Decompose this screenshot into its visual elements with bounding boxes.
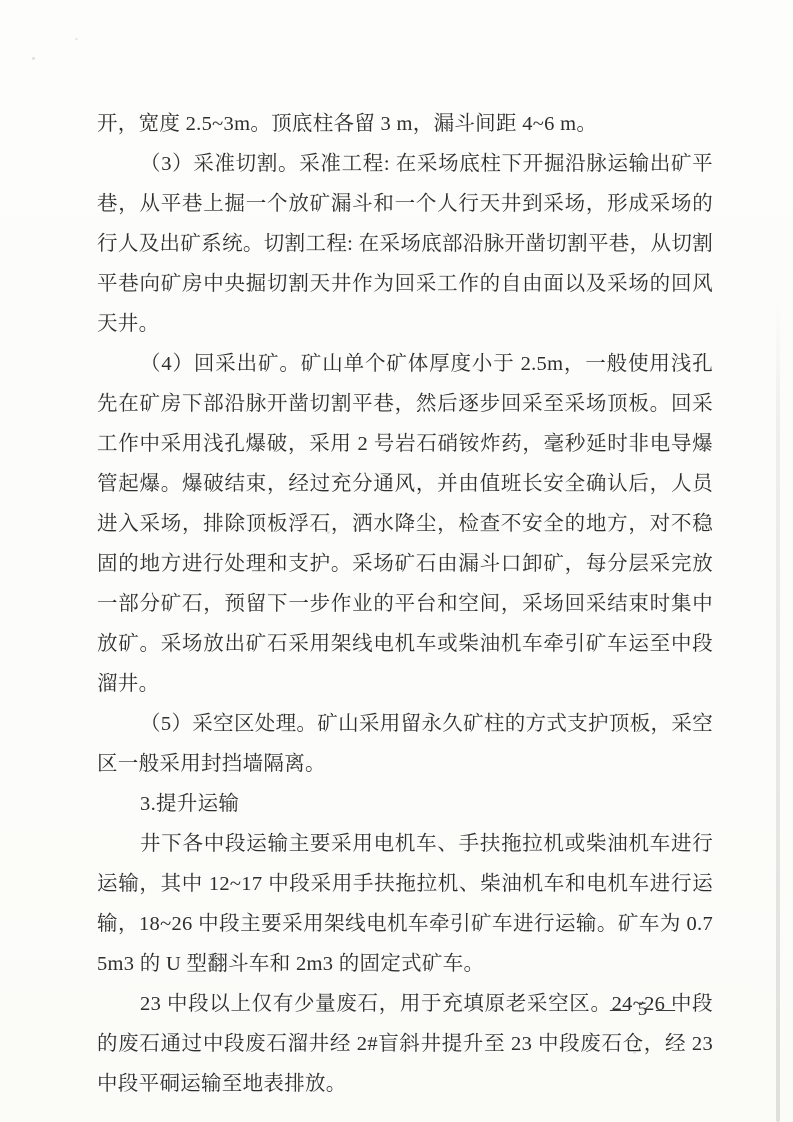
scan-speck	[633, 1051, 636, 1054]
paragraph: 3.提升运输	[97, 784, 713, 824]
scan-speck	[32, 57, 35, 60]
paragraph: 开，宽度 2.5~3m。顶底柱各留 3 m，漏斗间距 4~6 m。	[97, 104, 713, 144]
document-body: 开，宽度 2.5~3m。顶底柱各留 3 m，漏斗间距 4~6 m。（3）采准切割…	[97, 104, 713, 1104]
paragraph: （3）采准切割。采准工程: 在采场底柱下开掘沿脉运输出矿平巷，从平巷上掘一个放矿…	[97, 144, 713, 344]
scan-edge-shadow	[776, 295, 780, 1122]
scan-speck	[327, 531, 330, 534]
paragraph: （4）回采出矿。矿山单个矿体厚度小于 2.5m，一般使用浅孔先在矿房下部沿脉开凿…	[97, 344, 713, 704]
page-number: — 5 —	[610, 998, 677, 1022]
paragraph: （5）采空区处理。矿山采用留永久矿柱的方式支护顶板，采空区一般采用封挡墙隔离。	[97, 704, 713, 784]
document-page: 开，宽度 2.5~3m。顶底柱各留 3 m，漏斗间距 4~6 m。（3）采准切割…	[0, 0, 793, 1122]
paragraph: 井下各中段运输主要采用电机车、手扶拖拉机或柴油机车进行运输，其中 12~17 中…	[97, 824, 713, 984]
scan-speck	[75, 38, 78, 40]
